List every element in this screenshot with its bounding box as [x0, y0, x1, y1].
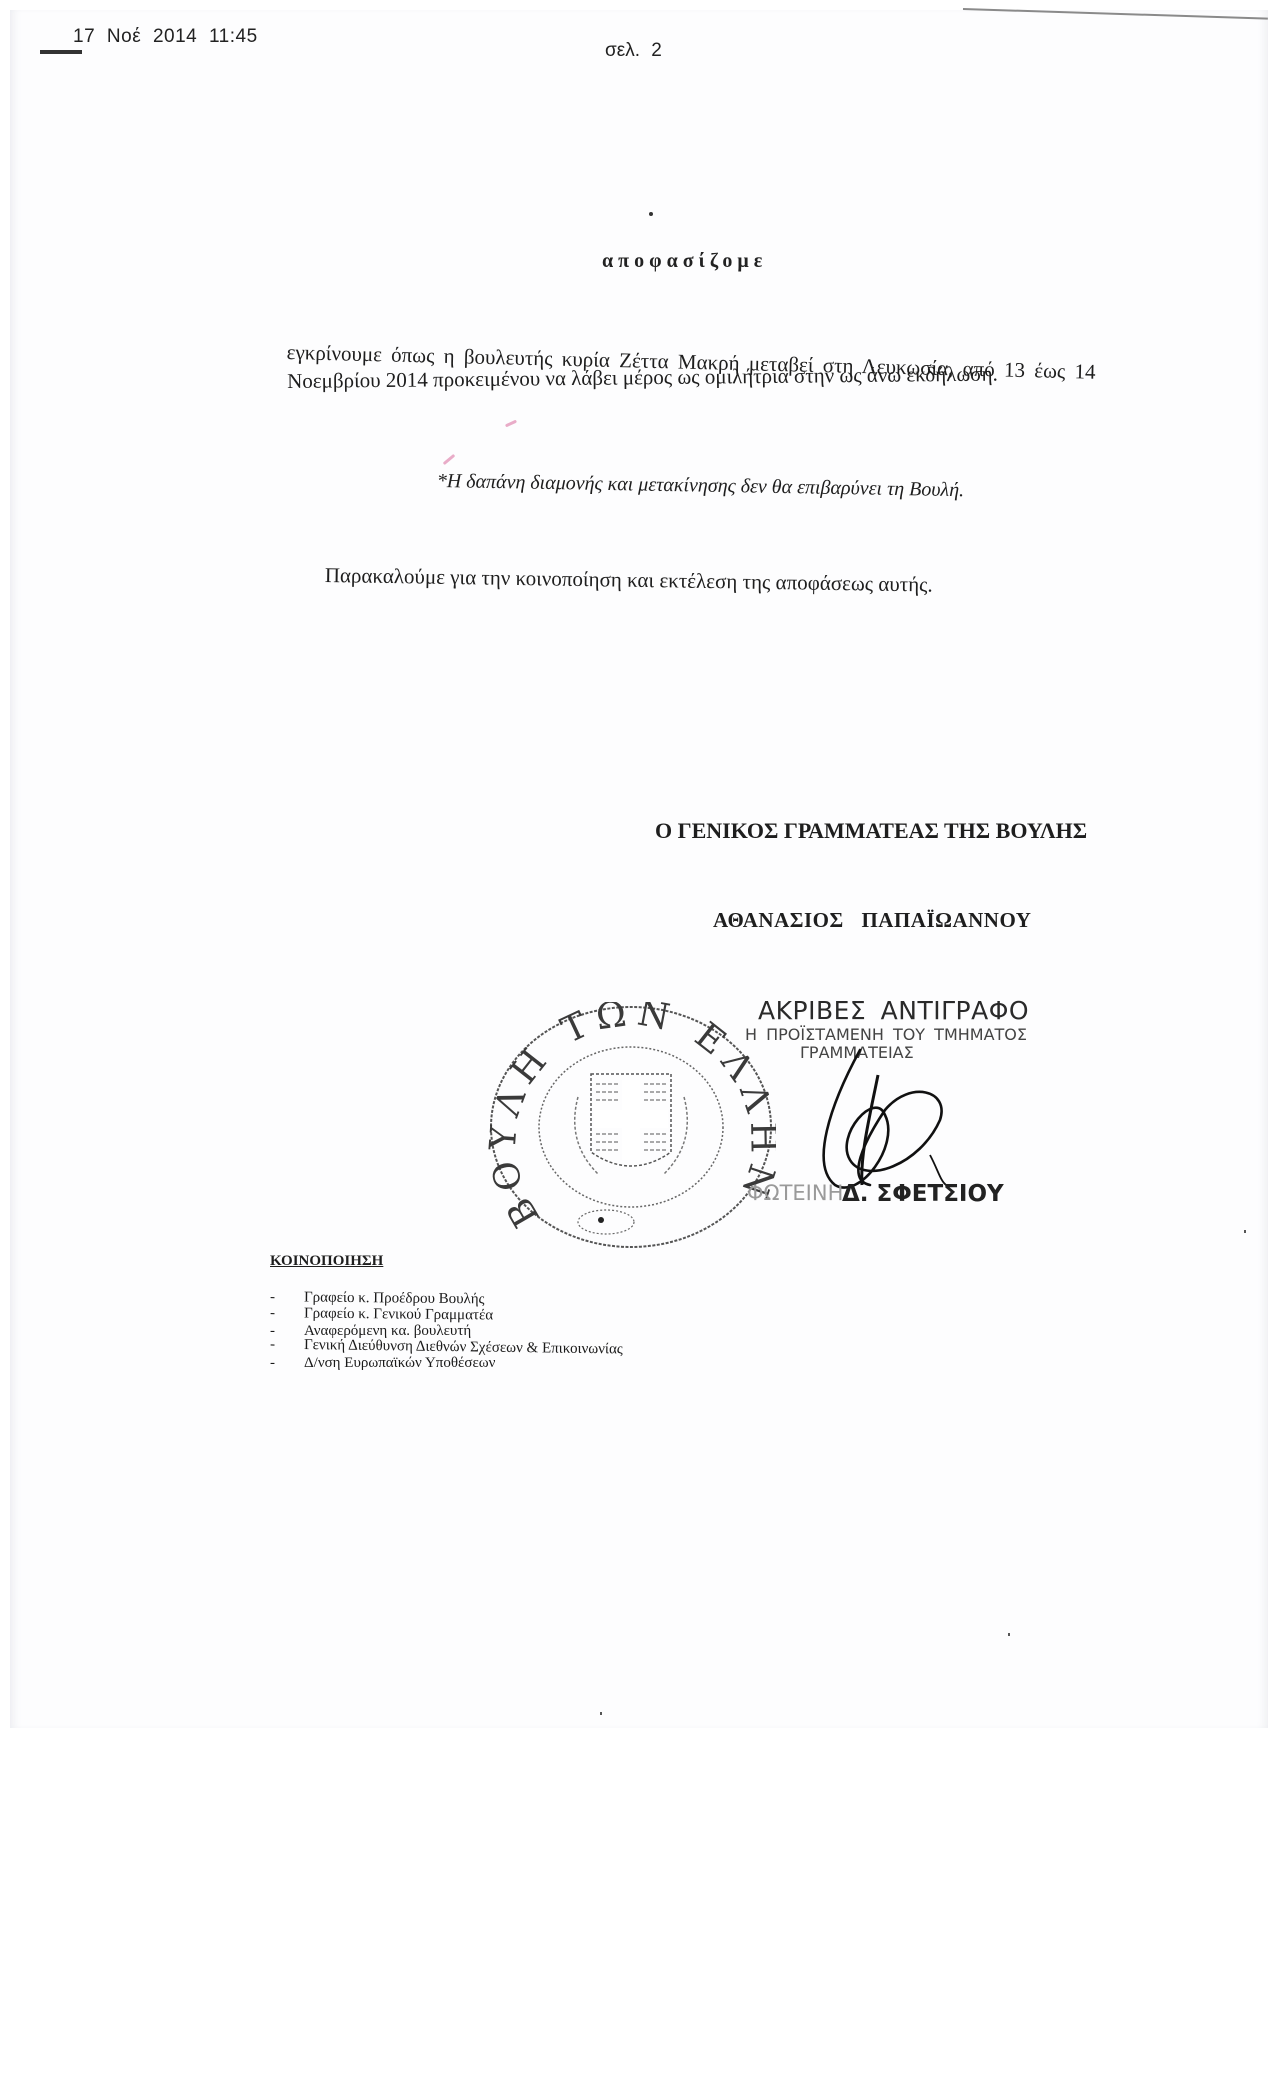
distribution-item-label: Δ/νση Ευρωπαϊκών Υποθέσεων [304, 1355, 495, 1371]
laurel-right-icon [664, 1097, 687, 1174]
handwritten-signature [790, 1045, 990, 1195]
signatory-name: ΑΘΑΝΑΣΙΟΣ ΠΑΠΑΪΩΑΝΝΟΥ [713, 908, 1031, 933]
list-item: -Γραφείο κ. Γενικού Γραμματέα [270, 1305, 623, 1325]
distribution-list: -Γραφείο κ. Προέδρου Βουλής -Γραφείο κ. … [270, 1291, 623, 1371]
signatory-title: Ο ΓΕΝΙΚΟΣ ΓΡΑΜΜΑΤΕΑΣ ΤΗΣ ΒΟΥΛΗΣ [655, 818, 1087, 844]
parliament-seal-stamp: ΒΟΥΛΗ ΤΩΝ ΕΛΛΗΝΩΝ [486, 1002, 776, 1252]
bullet-dash: - [270, 1305, 304, 1321]
scan-speck [1244, 1230, 1246, 1233]
page-number: σελ. 2 [605, 40, 662, 62]
distribution-item-label: Γραφείο κ. Προέδρου Βουλής [304, 1290, 485, 1308]
list-item: -Δ/νση Ευρωπαϊκών Υποθέσεων [270, 1355, 623, 1371]
certified-copy-role: Η ΠΡΟΪΣΤΑΜΕΝΗ ΤΟΥ ΤΜΗΜΑΤΟΣ [745, 1025, 1027, 1044]
certifier-first-name: ΦΩΤΕΙΝΗ [747, 1181, 843, 1205]
fax-timestamp: 17 Νοέ 2014 11:45 [73, 26, 258, 48]
distribution-title: ΚΟΙΝΟΠΟΙΗΣΗ [270, 1253, 383, 1270]
decision-heading: αποφασίζομε [602, 250, 767, 273]
laurel-left-icon [575, 1097, 598, 1174]
certified-copy-title: ΑΚΡΙΒΕΣ ΑΝΤΙΓΡΑΦΟ [758, 996, 1029, 1025]
bullet-dash: - [270, 1289, 304, 1305]
fax-marker-bar [40, 50, 82, 54]
distribution-item-label: Γραφείο κ. Γενικού Γραμματέα [304, 1306, 493, 1324]
bullet-dash: - [270, 1355, 304, 1371]
scan-dot [649, 212, 653, 216]
bullet-dash: - [270, 1337, 304, 1353]
certifier-last-name: Δ. ΣΦΕΤΣΙΟΥ [842, 1181, 1004, 1207]
scan-speck [600, 1712, 602, 1715]
scan-speck [1008, 1633, 1010, 1636]
